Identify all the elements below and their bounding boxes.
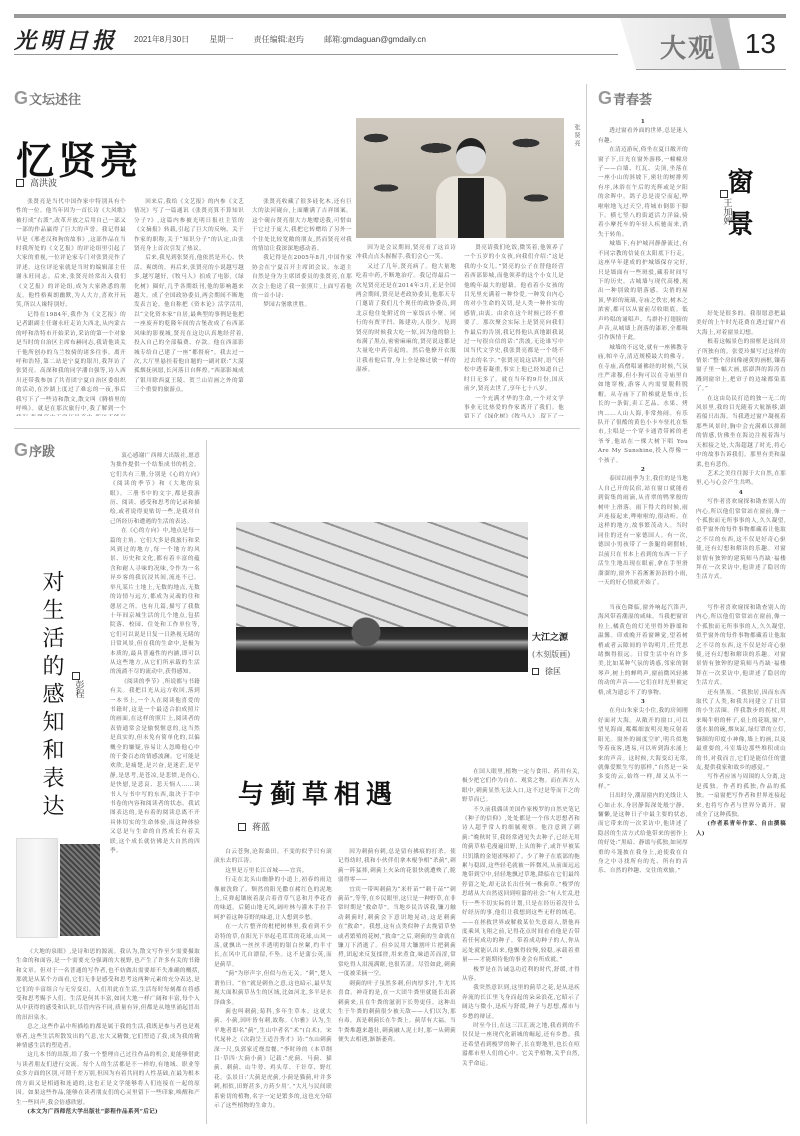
masthead: 光明日报 2021年8月30日 星期一 责任编辑:赵玙 邮箱:gmdaguan@…: [14, 22, 438, 56]
portrait-photo: [356, 118, 564, 238]
issue-date: 2021年8月30日: [134, 35, 189, 44]
article3-endnote: (本文为广西师范大学出版社“彭程作品系列”后记): [16, 1108, 200, 1117]
woodcut-print-image: [236, 522, 528, 672]
article4-author: 蒋蓝: [252, 820, 270, 833]
paragraph: 透过窗看外面的世界,总是迷人有趣。: [598, 127, 688, 146]
column-label-wentan: G 文坛述往: [14, 88, 81, 109]
paragraph: 写作者喜欢窥探和勘查别人的内心,所以他们常常站在窗前,像一个孤独而无所事事的人,…: [696, 498, 786, 583]
article3-title: 对生活的感知和表达: [38, 570, 65, 822]
column-divider: [586, 84, 587, 1124]
article4-col1: 白云苍狗,沧海桑田。不变的似乎只有滚滚东去的江涛。 这里是万里长江首城——宜宾。…: [214, 848, 332, 1124]
byline-box-icon: [532, 668, 539, 675]
paragraph: 写作者喜欢窥探和勘查别人的内心,所以他们常常站在窗前,像一个孤独而无所事事的人,…: [696, 604, 786, 689]
paragraph: 我突然意识到,这里的蓟草之花,是从迅疾奔流的长江里飞身而起的朵朵浪花,它昭示了阔…: [462, 984, 580, 1022]
masthead-meta: 2021年8月30日 星期一 责任编辑:赵玙 邮箱:gmdaguan@gmdai…: [134, 34, 438, 45]
paragraph: 宜宾一带叫刺蓟为“米杆苗”“刺千苗”“刺蓟苗”,等等,在乡民眼里,这只是一种野草…: [338, 886, 456, 980]
article2-col4: 写作者喜欢窥探和勘查别人的内心,所以他们常常站在窗前,像一个孤独而无所事事的人,…: [696, 604, 786, 1124]
paragraph: 在一大片整齐的枇杷树林里,我看到不少奇特的草,在阳光下举起毛茸茸的花球,山风一荡…: [214, 923, 332, 970]
article2-byline: 王加婷: [720, 190, 734, 225]
woodcut-title: 大江之源: [532, 630, 570, 643]
article4-byline: 蒋蓝: [238, 820, 270, 833]
paragraph: 时至今日,在这三江汇流之地,我看到的不仅仅是一座现代化新城的崛起,还有乡愁。我还…: [462, 1022, 580, 1069]
paragraph: 我记得是在2005年8月,中国作家协会在宁夏召开主席团会议。东道主自然是身为主席…: [252, 254, 352, 301]
paragraph: 在国人眼里,植物一定与食用、药用有关,极少把它们作为自在、观赏之物。而在西方人眼…: [462, 768, 580, 806]
article1-author: 高洪波: [30, 176, 57, 189]
newspaper-logo: 光明日报: [14, 24, 118, 55]
section-number: 4: [696, 489, 786, 498]
byline-box-icon: [238, 823, 246, 831]
section-number: 1: [598, 118, 688, 127]
book-cover: [60, 844, 100, 936]
book-spines: [16, 838, 58, 938]
paragraph: 这里是万里长江首城——宜宾。: [214, 867, 332, 876]
section-number: 2: [598, 466, 688, 475]
paragraph: 衷心感谢广西师大出版社,愿意为拙作提供一个结集成书的机会。它们共有三册,分别是《…: [110, 452, 200, 527]
paragraph: “蓟”为形声字,但似与鱼无关。“刺”,楚人谓鱼曰。“鱼”就是刺鱼之意,这也暗示,…: [214, 970, 332, 1008]
article2-endnote: (作者系青年作家、自由撰稿人): [696, 820, 786, 839]
paragraph: 这几本书的出版,给了我一个整理自己过往作品的机会,更能够借此与读者朋友们进行交流…: [16, 1051, 200, 1107]
paragraph: 《阅读的季节》,所说都与书籍有关。我把目光从远方收回,落到一本书上,一个人在阅读…: [110, 678, 200, 857]
paragraph: 在《心的方向》中,地点是每一篇的主角。它们大多是我旅行和采风到过的地方,每一个地…: [110, 527, 200, 678]
paragraph: 梭罗是在告诫急功近利的时代,舒缓,才得从容。: [462, 966, 580, 985]
woodcut-caption: 大江之源 (木刻版画) 徐匡: [532, 630, 570, 677]
byline-box-icon: [16, 179, 24, 187]
article1-col3: 张贤亮收藏了很多硅化木,还有巨大的法河砚台,上面雕满了吉祥图案。这个砚台贤亮很大…: [252, 198, 352, 416]
paragraph: 张贤亮是当代中国作家中特别具有个性的一位。他当年因为一首长诗《大风歌》被打成“右…: [16, 198, 126, 311]
paragraph: 还有黑塞。“我独居,因而东西取代了人类,和我共同建立了日常的小生活圈。伴我散步的…: [696, 689, 786, 774]
paragraph: 在舟山朱家尖小住,我的房间刚好面对大海。从敞开的窗口,可以望见海面,粼粼细波明亮…: [598, 707, 688, 792]
column-label-text: 文坛述往: [29, 89, 81, 108]
paragraph: 蓟也叫刺蓟,菊科,多年生草本。这就大蓟、小蓟,因叶皆有刺,故称。《尔雅》认为,生…: [214, 1008, 332, 1111]
article4-col2: 因为刺蓟有刺,总是留有拂痕的打杀。使记得幼时,我和小伙伴们拿木棍争相“杀蓟”,刺…: [338, 848, 456, 1124]
page-number: 13: [745, 28, 776, 60]
article3-byline: 彭程: [72, 672, 86, 698]
article3-author: 彭程: [73, 680, 86, 698]
paragraph: 记得在1984年,我作为《文艺报》的记者跟副主任谢永旺走访大西北,从内蒙古的呼和…: [16, 311, 126, 416]
paragraph: 行走在北头山幽静的小道上,初春的雨边像被洗除了。颓然的阳光撒在赭红色的泥地上,反…: [214, 876, 332, 923]
editor-email: 邮箱:gmdaguan@gmdaily.cn: [324, 35, 426, 44]
section-tab: 大观 13: [610, 18, 786, 70]
shirt-shape: [458, 178, 484, 238]
article1-col4: 因为是会议期间,贤亮看了这首诗冲我点点头握握手,我们会心一笑。 又过了几年,贤亮…: [356, 244, 456, 418]
paragraph: 艺术之美往往源于大自然,在那里,心与心会产生共鸣。: [696, 470, 786, 489]
paragraph: 白云苍狗,沧海桑田。不变的似乎只有滚滚东去的江涛。: [214, 848, 332, 867]
paragraph: 一个充满才华的生命,一个对文学事业无比热爱的作家离开了我们。他留下了《绿化树》《…: [464, 395, 564, 419]
paragraph: 张贤亮收藏了很多硅化木,还有巨大的法河砚台,上面雕满了吉祥图案。这个砚台贤亮很大…: [252, 198, 352, 254]
byline-box-icon: [72, 672, 80, 680]
article3-col1: 衷心感谢广西师大出版社,愿意为拙作提供一个结集成书的机会。它们共有三册,分别是《…: [110, 452, 200, 942]
paragraph: 梦园古堡歌世胜。: [252, 301, 352, 310]
masthead-rule: [14, 54, 618, 55]
woodcut-subtitle: (木刻版画): [532, 649, 570, 660]
article2-col2: 好处是很多的。我很愿意把最美好的上午时光花费在透过窗户看大海上,对着窗景幻想。 …: [696, 310, 786, 604]
column-divider: [206, 440, 207, 1124]
paragraph: 又过了几年,贤亮病了。他大量地吃着中药,不断地治疗。我记得最后一次见贤亮还是在2…: [356, 263, 456, 376]
paragraph: 不久前我偶读美国作家梭罗的自然史笔记《种子的信仰》,处处都是一个伟大思想者和诗人…: [462, 806, 580, 966]
article1-col1: 张贤亮是当代中国作家中特别具有个性的一位。他当年因为一首长诗《大风歌》被打成“右…: [16, 198, 126, 416]
article1-byline: 高洪波: [16, 176, 57, 189]
article4-title: 与蓟草相遇: [238, 774, 398, 811]
article3-col2: 《大地的泉眼》,是诗和思的源流。我认为,散文写作至少需要摄取生命的和面容,是一个…: [16, 948, 200, 1124]
article2-author: 王加婷: [721, 198, 734, 225]
paragraph: 写作者应该与周围的人分离,这是孤独。作者的孤独,作品的孤独。一扇窗把写作者和世界…: [696, 773, 786, 820]
paragraph: 好处是很多的。我很愿意把最美好的上午时光花费在透过窗户看大海上,对着窗景幻想。: [696, 310, 786, 338]
g-logo-icon: G: [14, 440, 28, 461]
paragraph: 因为刺蓟有刺,总是留有拂痕的打杀。使记得幼时,我和小伙伴们拿木棍争相“杀蓟”,刺…: [338, 848, 456, 886]
article4-col3: 在国人眼里,植物一定与食用、药用有关,极少把它们作为自在、观赏之物。而在西方人眼…: [462, 768, 580, 1124]
section-number: 3: [598, 698, 688, 707]
article2-col3: 当夜色降临,窗外响起汽笛声,海风带着潮湿的咸味。当我把窗帘拉上,橘黄色的灯光里得…: [598, 604, 688, 1124]
section-name: 大观: [660, 28, 716, 65]
column-label-text: 序跋: [29, 441, 55, 460]
article2-col1: 1 透过窗看外面的世界,总是迷人有趣。 在清迈游玩,倚坐在夏日敞开的窗子下,日光…: [598, 118, 688, 604]
editor-credit: 责任编辑:赵玙: [254, 35, 304, 44]
g-logo-icon: G: [14, 88, 28, 109]
column-label-qingchun: G 青春荟: [598, 88, 652, 109]
byline-box-icon: [720, 190, 728, 198]
column-label-xuba: G 序跋: [14, 440, 55, 461]
paragraph: 回来后,我给《文艺报》的内参《文艺情况》写了一篇通讯《张贤亮算不算知识分子?》,…: [134, 198, 244, 254]
book-set-image: [16, 838, 102, 938]
paragraph: 在清迈游玩,倚坐在夏日敞开的窗子下,日光在窗外游移,一幢幢房子——白墙、红瓦、尖…: [598, 146, 688, 240]
paragraph: 《大地的泉眼》,是诗和思的源流。我认为,散文写作至少需要摄取生命的和面容,是一个…: [16, 948, 200, 1023]
person-figure: [436, 138, 506, 238]
article1-col5: 贤亮请我们吃饭,微笑着,他领养了一个五岁的小女孩,向我们介绍:“这是我的小女儿。…: [464, 244, 564, 418]
head-shape: [456, 138, 486, 174]
g-logo-icon: G: [598, 88, 612, 109]
woodcut-author: 徐匡: [545, 666, 561, 677]
paragraph: 因为是会议期间,贤亮看了这首诗冲我点点头握握手,我们会心一笑。: [356, 244, 456, 263]
paragraph: 日出时分,潮湿窗内的光线让人心如止水,身居静海深处般宁静。慵懒,是这种日子中最主…: [598, 792, 688, 877]
woodcut-byline: 徐匡: [532, 666, 570, 677]
section-tab-rule: [636, 69, 786, 70]
paragraph: 后来,我见到张贤亮,他依然是开心、快活、爽朗的。再后来,张贤亮的小说越写越多,越…: [134, 254, 244, 395]
photo-caption: 张贤亮: [572, 124, 581, 148]
paragraph: 城墙下,有护城河静静流过,有不同宗教的信徒在太阳底下行走。这座早年建成的护城墙保…: [598, 240, 688, 343]
column-label-text: 青春荟: [613, 89, 652, 108]
article2-title: 窗景: [708, 168, 768, 252]
paragraph: 根着这幅景色的窗框是这间房子所独有的。张爱玲描写过这样的情景:“整个房间像褪黄的…: [696, 338, 786, 394]
paragraph: 在这由岛民打造的独一无二的风景里,我的目光随着大航渐移,跟着船只出海。当我透过窗…: [696, 395, 786, 470]
issue-weekday: 星期一: [209, 35, 233, 44]
paragraph: 泰国以雨季为主,我住的是当地人自己开的民宿,站在窗口就能看到街集的雨滴,从青翠的…: [598, 475, 688, 588]
section-divider: [14, 428, 580, 429]
paragraph: 当夜色降临,窗外响起汽笛声,海风带着潮湿的咸味。当我把窗帘拉上,橘黄色的灯光里得…: [598, 604, 688, 698]
paragraph: 总之,这些作品中所描绘的都是属于我的生活,我既是参与者也是观察者,这些生活所散发…: [16, 1023, 200, 1051]
paragraph: 贤亮请我们吃饭,微笑着,他领养了一个五岁的小女孩,向我们介绍:“这是我的小女儿。…: [464, 244, 564, 395]
paragraph: 城墙的不远处,就有一座佛教寺庙,帕辛寺,清迈规模最大的佛寺。在寺庙,高僧唱诵佛经…: [598, 344, 688, 466]
paragraph: 刺蓟的叶子虽然多刺,但肉厚多汁,牛尤其喜食。神奇的是,在一大团牛粪里就能长出新刺…: [338, 980, 456, 1046]
article1-col2: 回来后,我给《文艺报》的内参《文艺情况》写了一篇通讯《张贤亮算不算知识分子?》,…: [134, 198, 244, 416]
